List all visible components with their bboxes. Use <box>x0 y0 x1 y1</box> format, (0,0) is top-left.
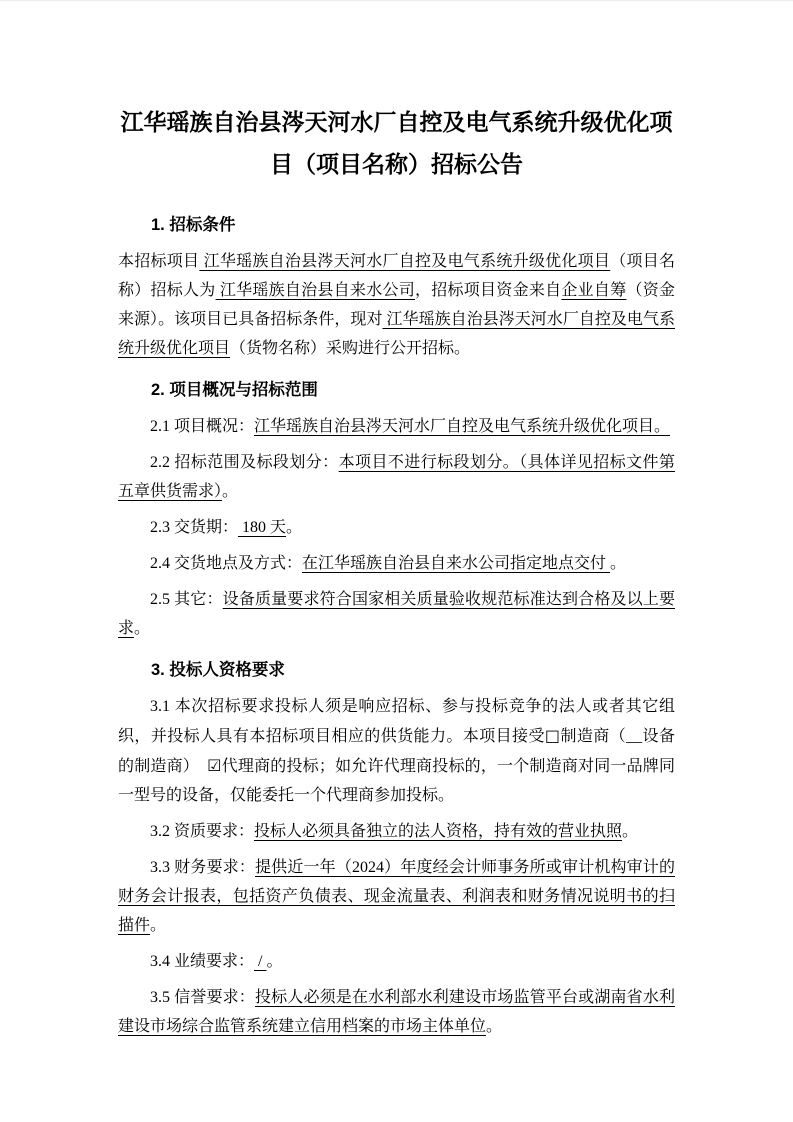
document-page: 江华瑶族自治县涔天河水厂自控及电气系统升级优化项目（项目名称）招标公告 1. 招… <box>0 0 793 1122</box>
item-2-5: 2.5 其它：设备质量要求符合国家相关质量验收规范标准达到合格及以上要求。 <box>118 585 675 643</box>
text-run: 。 <box>610 555 626 572</box>
page-title: 江华瑶族自治县涔天河水厂自控及电气系统升级优化项目（项目名称）招标公告 <box>118 101 675 185</box>
item-3-2: 3.2 资质要求：投标人必须具备独立的法人资格，持有效的营业执照。 <box>118 817 675 846</box>
item-label: 3.3 财务要求： <box>150 859 255 876</box>
item-3-4: 3.4 业绩要求： / 。 <box>118 947 675 976</box>
item-2-2: 2.2 招标范围及标段划分：本项目不进行标段划分。（具体详见招标文件第五章供货需… <box>118 448 675 506</box>
text-run: 制造商（ <box>560 728 626 745</box>
field-project-name: 江华瑶族自治县涔天河水厂自控及电气系统升级优化项目 <box>199 253 610 270</box>
item-3-1: 3.1 本次招标要求投标人须是响应招标、参与投标竞争的法人或者其它组织，并投标人… <box>118 692 675 810</box>
item-label: 2.3 交货期： <box>150 519 238 536</box>
item-label: 2.4 交货地点及方式： <box>150 555 302 572</box>
field-delivery-period: 180 天 <box>238 519 286 536</box>
item-label: 2.5 其它： <box>150 591 223 608</box>
item-3-5: 3.5 信誉要求：投标人必须是在水利部水利建设市场监管平台或湖南省水利建设市场综… <box>118 983 675 1041</box>
item-label: 3.2 资质要求： <box>150 823 254 840</box>
field-fund-source: 企业自筹 <box>561 282 626 299</box>
section-3-heading: 3. 投标人资格要求 <box>118 656 675 685</box>
item-label: 3.5 信誉要求： <box>150 989 255 1006</box>
field-performance-requirements: / <box>254 953 266 970</box>
agent-checkbox-checked-icon: ☑ <box>207 756 221 775</box>
text-run: 。 <box>286 519 302 536</box>
blank-underscore: __ <box>626 728 642 745</box>
text-run: （货物名称）采购进行公开招标。 <box>230 340 470 357</box>
manufacturer-checkbox-unchecked-icon: □ <box>545 726 561 745</box>
field-tenderer: 江华瑶族自治县自来水公司 <box>216 282 415 299</box>
item-label: 3.4 业绩要求： <box>150 953 254 970</box>
field-delivery-place: 在江华瑶族自治县自来水公司指定地点交付 <box>302 555 610 572</box>
text-run: 。 <box>150 917 166 934</box>
item-2-3: 2.3 交货期： 180 天。 <box>118 513 675 542</box>
field-qualification-requirements: 投标人必须具备独立的法人资格，持有效的营业执照 <box>254 823 622 840</box>
item-label: 2.2 招标范围及标段划分： <box>150 454 339 471</box>
text-run: 。 <box>486 1018 502 1035</box>
field-project-overview: 江华瑶族自治县涔天河水厂自控及电气系统升级优化项目。 <box>254 418 670 435</box>
text-run: 。 <box>622 823 638 840</box>
item-3-3: 3.3 财务要求：提供近一年（2024）年度经会计师事务所或审计机构审计的财务会… <box>118 853 675 940</box>
text-run: 。 <box>222 483 238 500</box>
section-2-heading: 2. 项目概况与招标范围 <box>118 376 675 405</box>
item-2-1: 2.1 项目概况：江华瑶族自治县涔天河水厂自控及电气系统升级优化项目。 <box>118 412 675 441</box>
text-run: 本招标项目 <box>118 253 199 270</box>
section-1-paragraph: 本招标项目 江华瑶族自治县涔天河水厂自控及电气系统升级优化项目（项目名称）招标人… <box>118 247 675 363</box>
text-run: 。 <box>266 953 282 970</box>
text-run: 。 <box>134 620 150 637</box>
text-run: ，招标项目资金来自 <box>415 282 561 299</box>
item-label: 2.1 项目概况： <box>150 418 254 435</box>
section-1-heading: 1. 招标条件 <box>118 211 675 240</box>
item-2-4: 2.4 交货地点及方式：在江华瑶族自治县自来水公司指定地点交付 。 <box>118 549 675 578</box>
